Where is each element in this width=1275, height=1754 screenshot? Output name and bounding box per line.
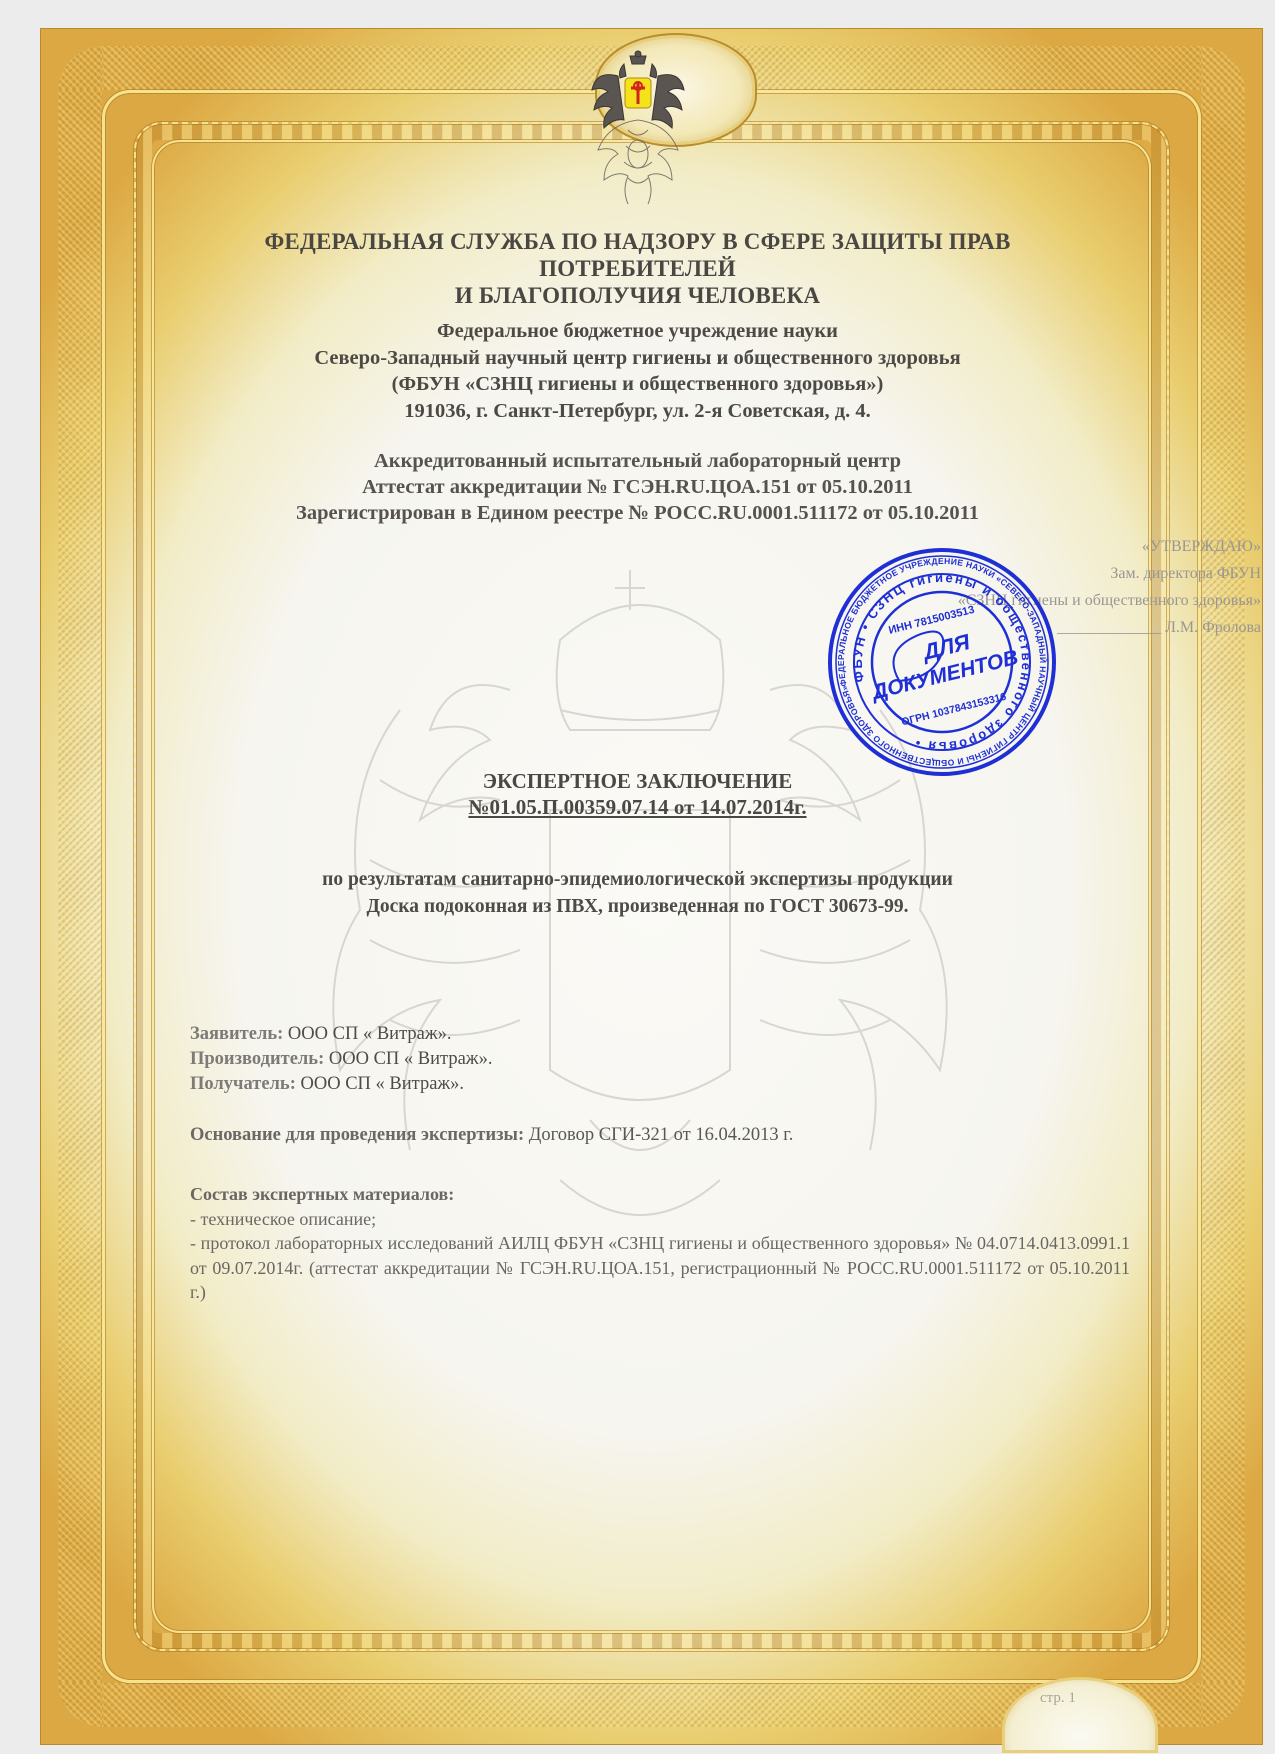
accreditation-line: Зарегистрирован в Едином реестре № РОСС.… xyxy=(0,500,1275,526)
expertise-basis: Основание для проведения экспертизы: Дог… xyxy=(190,1123,793,1148)
subject-line: по результатам санитарно-эпидемиологичес… xyxy=(0,866,1275,893)
organization-address: 191036, г. Санкт-Петербург, ул. 2-я Сове… xyxy=(0,398,1275,425)
organization-line: Северо-Западный научный центр гигиены и … xyxy=(0,345,1275,372)
organization-line: Федеральное бюджетное учреждение науки xyxy=(0,318,1275,345)
materials-heading: Состав экспертных материалов: xyxy=(190,1182,1130,1207)
product-line: Доска подоконная из ПВХ, произведенная п… xyxy=(0,893,1275,920)
accreditation-line: Аттестат аккредитации № ГСЭН.RU.ЦОА.151 … xyxy=(0,474,1275,500)
basis-label: Основание для проведения экспертизы: xyxy=(190,1125,524,1145)
party-applicant: Заявитель: ООО СП « Витраж». xyxy=(190,1022,492,1047)
agency-heading: ФЕДЕРАЛЬНАЯ СЛУЖБА ПО НАДЗОРУ В СФЕРЕ ЗА… xyxy=(0,228,1275,309)
party-manufacturer: Производитель: ООО СП « Витраж». xyxy=(190,1047,492,1072)
parties-block: Заявитель: ООО СП « Витраж». Производите… xyxy=(190,1022,492,1097)
organization-block: Федеральное бюджетное учреждение науки С… xyxy=(0,318,1275,424)
document-title: ЭКСПЕРТНОЕ ЗАКЛЮЧЕНИЕ №01.05.П.00359.07.… xyxy=(0,768,1275,820)
agency-line: ФЕДЕРАЛЬНАЯ СЛУЖБА ПО НАДЗОРУ В СФЕРЕ ЗА… xyxy=(0,228,1275,255)
expertise-subject: по результатам санитарно-эпидемиологичес… xyxy=(0,866,1275,920)
agency-line: И БЛАГОПОЛУЧИЯ ЧЕЛОВЕКА xyxy=(0,282,1275,309)
coat-of-arms-icon xyxy=(588,50,688,210)
title-heading: ЭКСПЕРТНОЕ ЗАКЛЮЧЕНИЕ xyxy=(0,768,1275,794)
expert-materials: Состав экспертных материалов: - техничес… xyxy=(190,1182,1130,1305)
party-recipient: Получатель: ООО СП « Витраж». xyxy=(190,1072,492,1097)
materials-item: - протокол лабораторных исследований АИЛ… xyxy=(190,1231,1130,1305)
agency-line: ПОТРЕБИТЕЛЕЙ xyxy=(0,255,1275,282)
accreditation-block: Аккредитованный испытательный лабораторн… xyxy=(0,448,1275,526)
basis-value: Договор СГИ-321 от 16.04.2013 г. xyxy=(524,1125,793,1145)
accreditation-line: Аккредитованный испытательный лабораторн… xyxy=(0,448,1275,474)
materials-item: - техническое описание; xyxy=(190,1207,1130,1232)
page-number: стр. 1 xyxy=(1040,1690,1076,1707)
title-number: №01.05.П.00359.07.14 от 14.07.2014г. xyxy=(468,795,806,819)
organization-line: (ФБУН «СЗНЦ гигиены и общественного здор… xyxy=(0,371,1275,398)
